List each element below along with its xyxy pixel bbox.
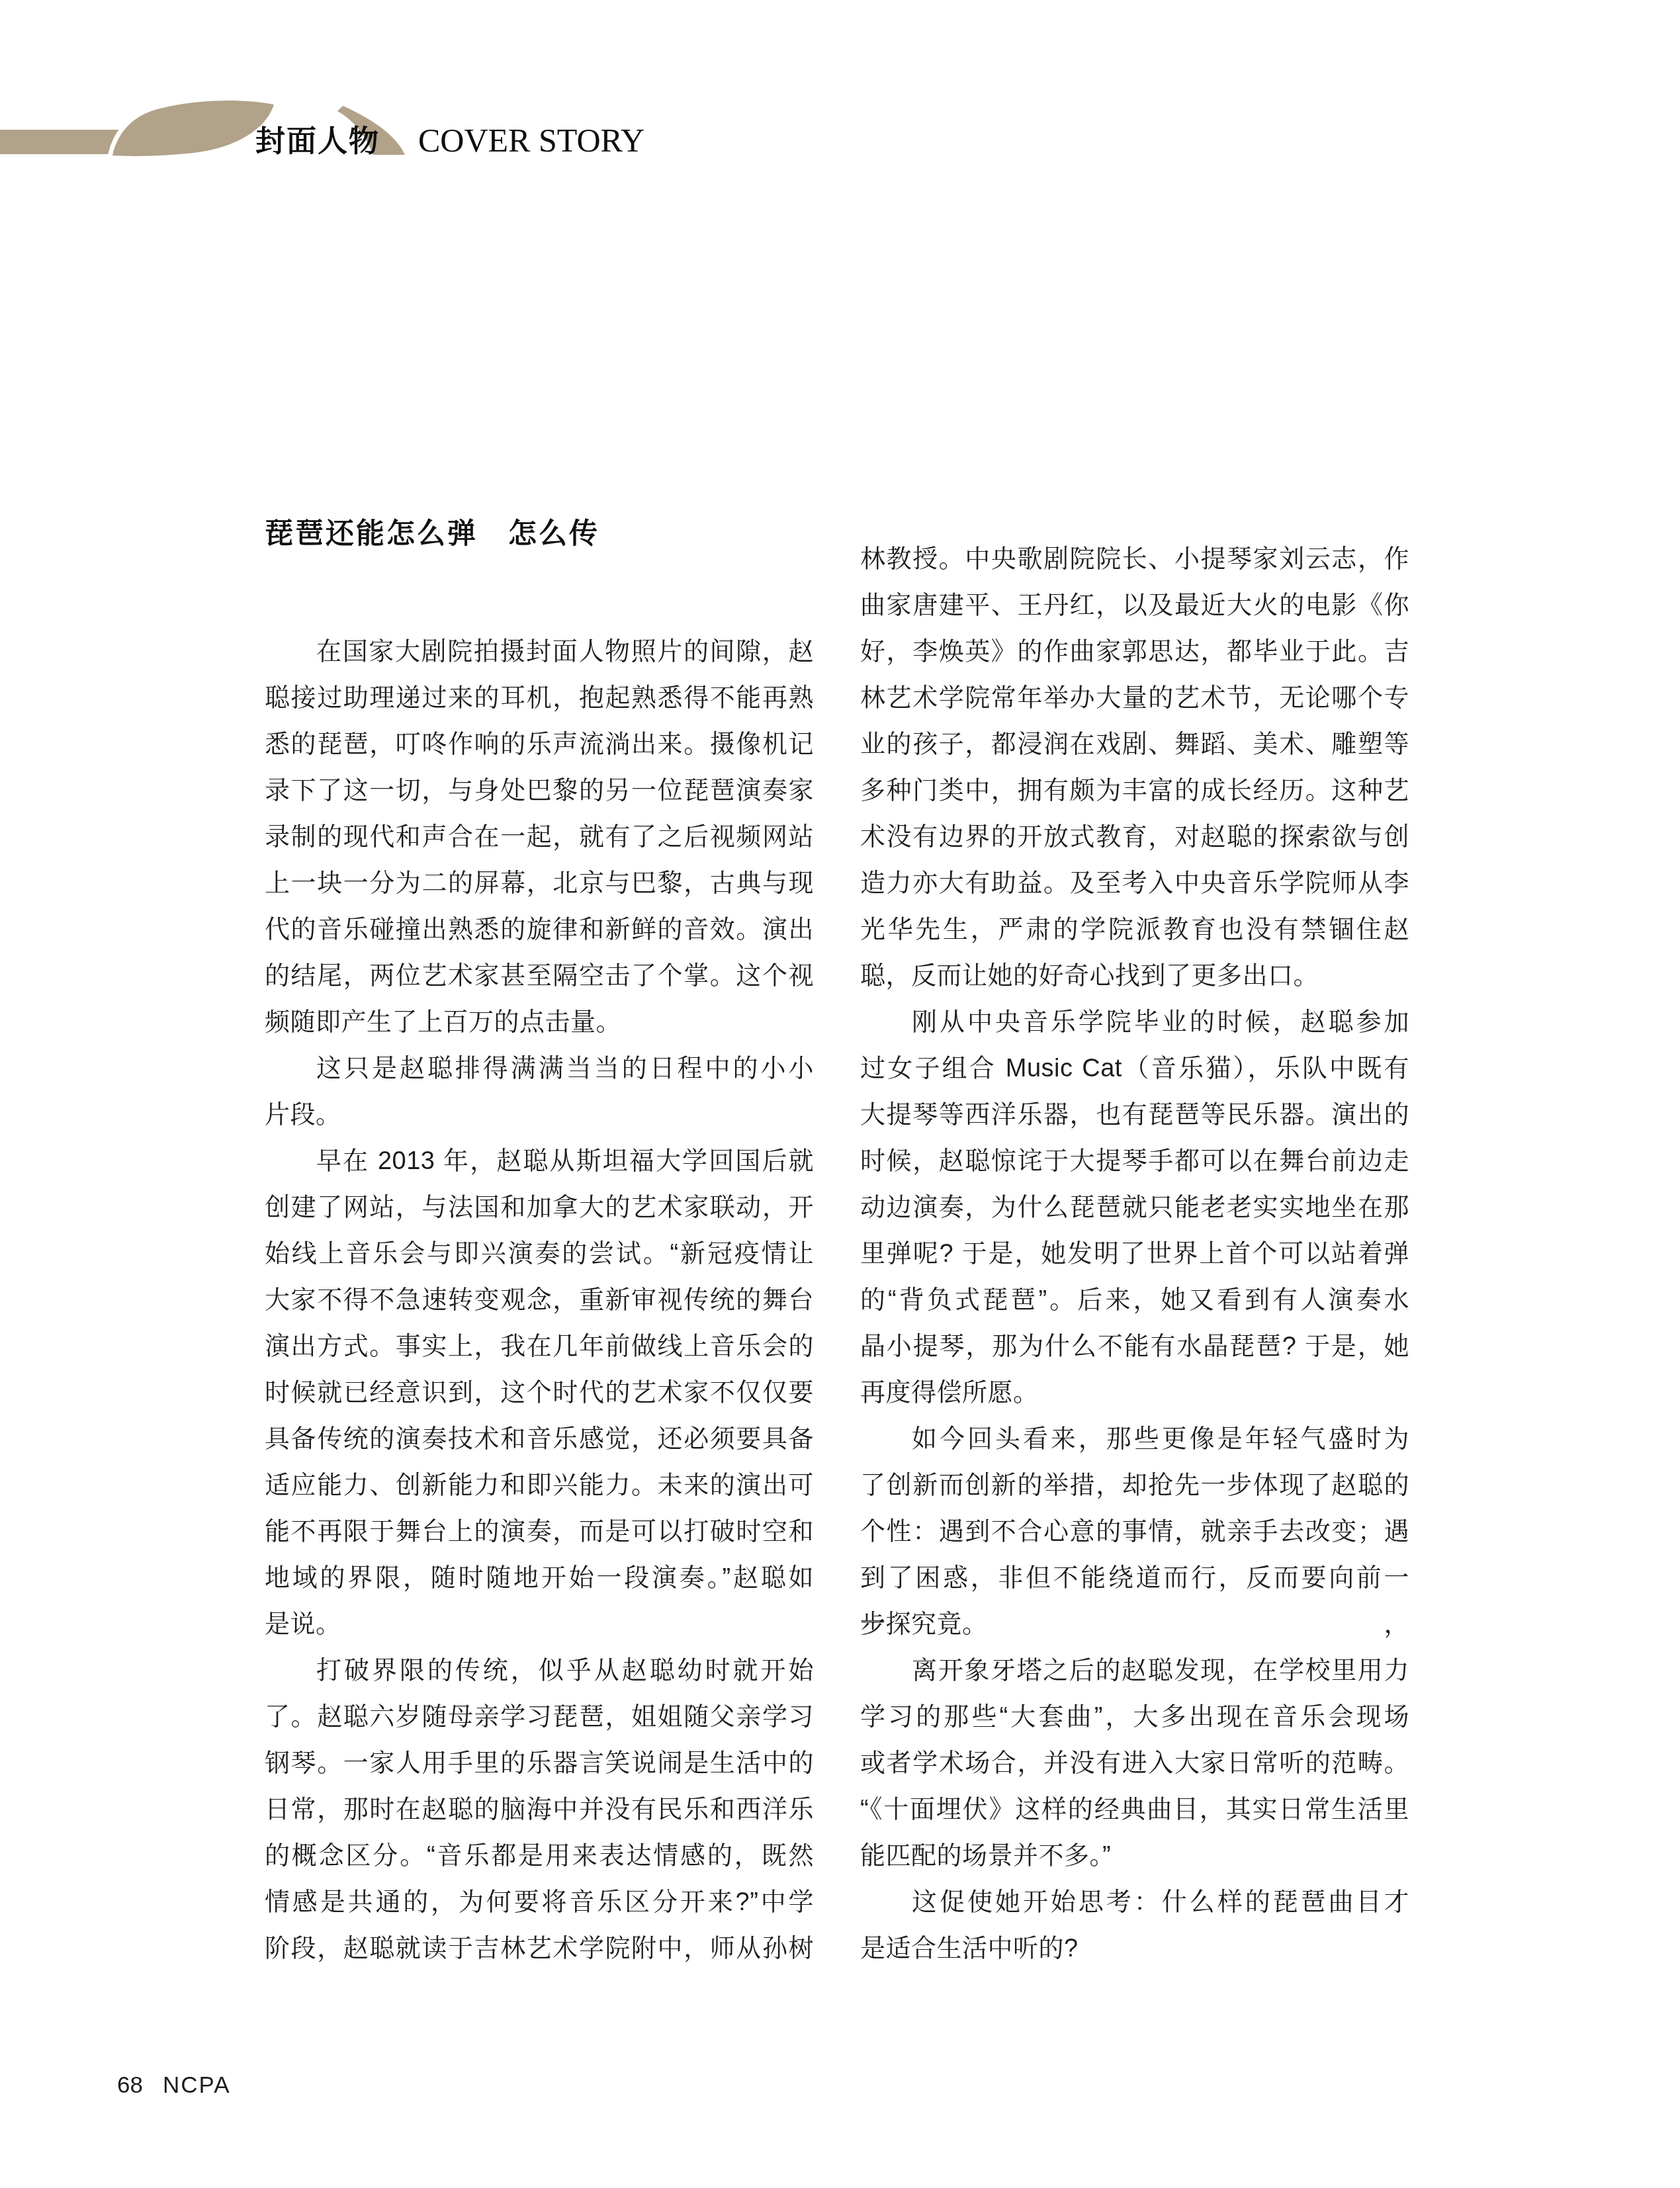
body-text-line: 动边演奏，为什么琵琶就只能老老实实地坐在那	[860, 1184, 1409, 1231]
article-title: 琵琶还能怎么弹 怎么传	[265, 517, 599, 551]
body-text-line: 个性：遇到不合心意的事情，就亲手去改变；遇	[860, 1509, 1409, 1555]
body-text-line: 光华先生，严肃的学院派教育也没有禁锢住赵	[860, 906, 1409, 953]
magazine-name: NCPA	[163, 2072, 231, 2099]
body-text-line: 或者学术场合，并没有进入大家日常听的范畴。	[860, 1740, 1409, 1786]
page-footer: 68 NCPA	[117, 2072, 231, 2099]
body-text-line: 如今回头看来，那些更像是年轻气盛时为	[860, 1416, 1409, 1462]
body-text-line: 片段。	[265, 1092, 814, 1138]
body-column-right: 林教授。中央歌剧院院长、小提琴家刘云志，作曲家唐建平、王丹红，以及最近大火的电影…	[860, 536, 1409, 1972]
header-decoration	[0, 0, 1680, 198]
body-text-line: 时候就已经意识到，这个时代的艺术家不仅仅要	[265, 1370, 814, 1416]
body-text-line: 离开象牙塔之后的赵聪发现，在学校里用力	[860, 1647, 1409, 1694]
body-text-line: 的“背负式琵琶”。后来，她又看到有人演奏水	[860, 1277, 1409, 1323]
body-text-line: 具备传统的演奏技术和音乐感觉，还必须要具备	[265, 1416, 814, 1462]
body-text-line: 了。赵聪六岁随母亲学习琵琶，姐姐随父亲学习	[265, 1694, 814, 1740]
body-text-line: 的结尾，两位艺术家甚至隔空击了个掌。这个视	[265, 953, 814, 999]
section-title-en: COVER STORY	[418, 123, 644, 157]
header-leaf-icon	[112, 101, 274, 156]
body-text-line: 聪接过助理递过来的耳机，抱起熟悉得不能再熟	[265, 675, 814, 721]
body-text-line: 时候，赵聪惊诧于大提琴手都可以在舞台前边走	[860, 1138, 1409, 1184]
body-text-line: 始线上音乐会与即兴演奏的尝试。“新冠疫情让	[265, 1231, 814, 1277]
body-text-line: 这促使她开始思考：什么样的琵琶曲目才	[860, 1879, 1409, 1925]
body-text-line: 能不再限于舞台上的演奏，而是可以打破时空和	[265, 1509, 814, 1555]
body-text-line: 情感是共通的，为何要将音乐区分开来?”中学	[265, 1879, 814, 1925]
body-text-line: 过女子组合 Music Cat（音乐猫），乐队中既有	[860, 1045, 1409, 1092]
body-text-line: 演出方式。事实上，我在几年前做线上音乐会的	[265, 1323, 814, 1370]
body-text-line: 大提琴等西洋乐器，也有琵琶等民乐器。演出的	[860, 1092, 1409, 1138]
body-text-line: 录下了这一切，与身处巴黎的另一位琵琶演奏家	[265, 767, 814, 814]
body-text-line: 阶段，赵聪就读于吉林艺术学院附中，师从孙树	[265, 1925, 814, 1972]
magazine-page: { "page": { "background": "#ffffff", "ac…	[0, 0, 1680, 2188]
body-text-line: 早在 2013 年，赵聪从斯坦福大学回国后就	[265, 1138, 814, 1184]
body-text-line: 里弹呢? 于是，她发明了世界上首个可以站着弹	[860, 1231, 1409, 1277]
body-text-line: 大家不得不急速转变观念，重新审视传统的舞台	[265, 1277, 814, 1323]
body-text-line: 业的孩子，都浸润在戏剧、舞蹈、美术、雕塑等	[860, 721, 1409, 767]
body-text-line: 再度得偿所愿。	[860, 1370, 1409, 1416]
body-text-line: 是适合生活中听的?	[860, 1925, 1409, 1972]
body-text-line: 了创新而创新的举措，却抢先一步体现了赵聪的	[860, 1462, 1409, 1509]
body-text-line: 术没有边界的开放式教育，对赵聪的探索欲与创	[860, 814, 1409, 860]
body-text-line: 代的音乐碰撞出熟悉的旋律和新鲜的音效。演出	[265, 906, 814, 953]
body-text-line: 日常，那时在赵聪的脑海中并没有民乐和西洋乐	[265, 1786, 814, 1833]
body-text-line: 频随即产生了上百万的点击量。	[265, 999, 814, 1045]
body-text-line: 刚从中央音乐学院毕业的时候，赵聪参加	[860, 999, 1409, 1045]
body-text-line: 曲家唐建平、王丹红，以及最近大火的电影《你	[860, 582, 1409, 629]
body-text-line: 学习的那些“大套曲”，大多出现在音乐会现场	[860, 1694, 1409, 1740]
body-text-line: “《十面埋伏》这样的经典曲目，其实日常生活里	[860, 1786, 1409, 1833]
body-text-line: 适应能力、创新能力和即兴能力。未来的演出可	[265, 1462, 814, 1509]
body-text-line: 地域的界限，随时随地开始一段演奏。”赵聪如	[265, 1555, 814, 1601]
body-text-line: 多种门类中，拥有颇为丰富的成长经历。这种艺	[860, 767, 1409, 814]
body-text-line: 林艺术学院常年举办大量的艺术节，无论哪个专	[860, 675, 1409, 721]
body-text-line: 造力亦大有助益。及至考入中央音乐学院师从李	[860, 860, 1409, 906]
body-text-line: 好，李焕英》的作曲家郭思达，都毕业于此。吉	[860, 629, 1409, 675]
body-text-line: 录制的现代和声合在一起，就有了之后视频网站	[265, 814, 814, 860]
body-text-line: 打破界限的传统，似乎从赵聪幼时就开始	[265, 1647, 814, 1694]
body-text-line: 能匹配的场景并不多。”	[860, 1833, 1409, 1879]
body-text-line: 这只是赵聪排得满满当当的日程中的小小	[265, 1045, 814, 1092]
body-text-line: 林教授。中央歌剧院院长、小提琴家刘云志，作	[860, 536, 1409, 582]
body-text-line: 聪，反而让她的好奇心找到了更多出口。	[860, 953, 1409, 999]
body-text-line: 创建了网站，与法国和加拿大的艺术家联动，开	[265, 1184, 814, 1231]
body-text-line: 在国家大剧院拍摄封面人物照片的间隙，赵	[265, 629, 814, 675]
body-text-line: 钢琴。一家人用手里的乐器言笑说闹是生活中的	[265, 1740, 814, 1786]
body-column-left: 在国家大剧院拍摄封面人物照片的间隙，赵聪接过助理递过来的耳机，抱起熟悉得不能再熟…	[265, 629, 814, 1972]
body-text-line: 到了困惑，非但不能绕道而行，反而要向前一步，	[860, 1555, 1409, 1601]
body-text-line: 上一块一分为二的屏幕，北京与巴黎，古典与现	[265, 860, 814, 906]
body-text-line: 悉的琵琶，叮咚作响的乐声流淌出来。摄像机记	[265, 721, 814, 767]
body-text-line: 晶小提琴，那为什么不能有水晶琵琶? 于是，她	[860, 1323, 1409, 1370]
body-text-line: 的概念区分。“音乐都是用来表达情感的，既然	[265, 1833, 814, 1879]
body-text-line: 是说。	[265, 1601, 814, 1647]
section-title-zh: 封面人物	[255, 126, 380, 157]
page-number: 68	[117, 2072, 143, 2099]
